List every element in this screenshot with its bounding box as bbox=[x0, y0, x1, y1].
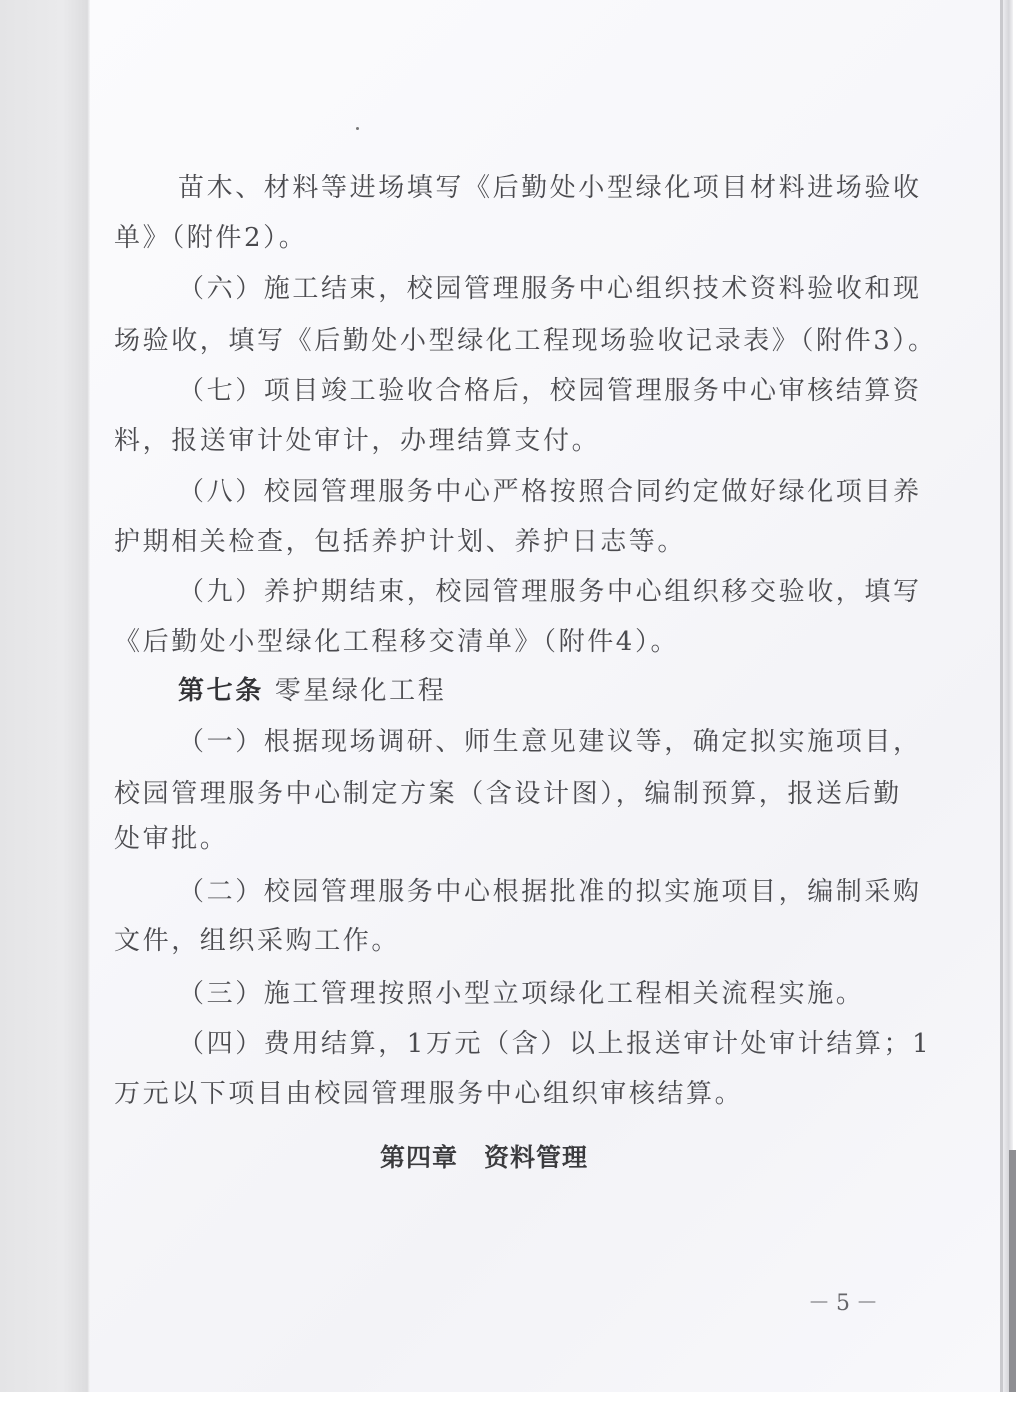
paragraph-line: 文件，组织采购工作。 bbox=[114, 925, 400, 957]
paragraph-line: 《后勤处小型绿化工程移交清单》（附件4）。 bbox=[114, 626, 679, 658]
chapter-number: 第四章 bbox=[380, 1143, 458, 1172]
paragraph-line: （四）费用结算，1万元（含）以上报送审计处审计结算；1 bbox=[178, 1028, 931, 1060]
paragraph-line: 校园管理服务中心制定方案（含设计图），编制预算，报送后勤 bbox=[114, 778, 902, 810]
paragraph-line: （六）施工结束，校园管理服务中心组织技术资料验收和现 bbox=[178, 273, 922, 305]
page-edge-shadow bbox=[1009, 1150, 1016, 1392]
paragraph-line: 场验收，填写《后勤处小型绿化工程现场验收记录表》（附件3）。 bbox=[114, 325, 937, 357]
paragraph-line: （八）校园管理服务中心严格按照合同约定做好绿化项目养 bbox=[178, 476, 922, 508]
paragraph-line: 护期相关检查，包括养护计划、养护日志等。 bbox=[114, 526, 686, 558]
paragraph-line: 万元以下项目由校园管理服务中心组织审核结算。 bbox=[114, 1078, 743, 1110]
paragraph-line: 单》（附件2）。 bbox=[114, 222, 307, 254]
paragraph-line: 处审批。 bbox=[114, 823, 228, 855]
scan-bottom-margin bbox=[0, 1392, 1024, 1408]
chapter-title: 资料管理 bbox=[484, 1143, 588, 1172]
article-number: 第七条 bbox=[178, 676, 264, 706]
paragraph-line: 料，报送审计处审计，办理结算支付。 bbox=[114, 425, 600, 457]
article-title: 零星绿化工程 bbox=[275, 676, 447, 706]
paragraph-line: （一）根据现场调研、师生意见建议等，确定拟实施项目， bbox=[178, 726, 922, 758]
chapter-heading: 第四章资料管理 bbox=[380, 1138, 588, 1174]
paragraph-line: （二）校园管理服务中心根据批准的拟实施项目，编制采购 bbox=[178, 876, 922, 908]
paragraph-line: 苗木、材料等进场填写《后勤处小型绿化项目材料进场验收 bbox=[178, 172, 922, 204]
page-edge bbox=[1009, 0, 1013, 1150]
page-number: －5－ bbox=[808, 1286, 884, 1317]
paragraph-line: （三）施工管理按照小型立项绿化工程相关流程实施。 bbox=[178, 978, 864, 1010]
article-heading: 第七条 零星绿化工程 bbox=[178, 675, 446, 707]
paragraph-line: （七）项目竣工验收合格后，校园管理服务中心审核结算资 bbox=[178, 375, 922, 407]
scan-left-margin-strip bbox=[0, 0, 90, 1392]
scan-speck bbox=[356, 127, 359, 130]
paragraph-line: （九）养护期结束，校园管理服务中心组织移交验收，填写 bbox=[178, 576, 922, 608]
